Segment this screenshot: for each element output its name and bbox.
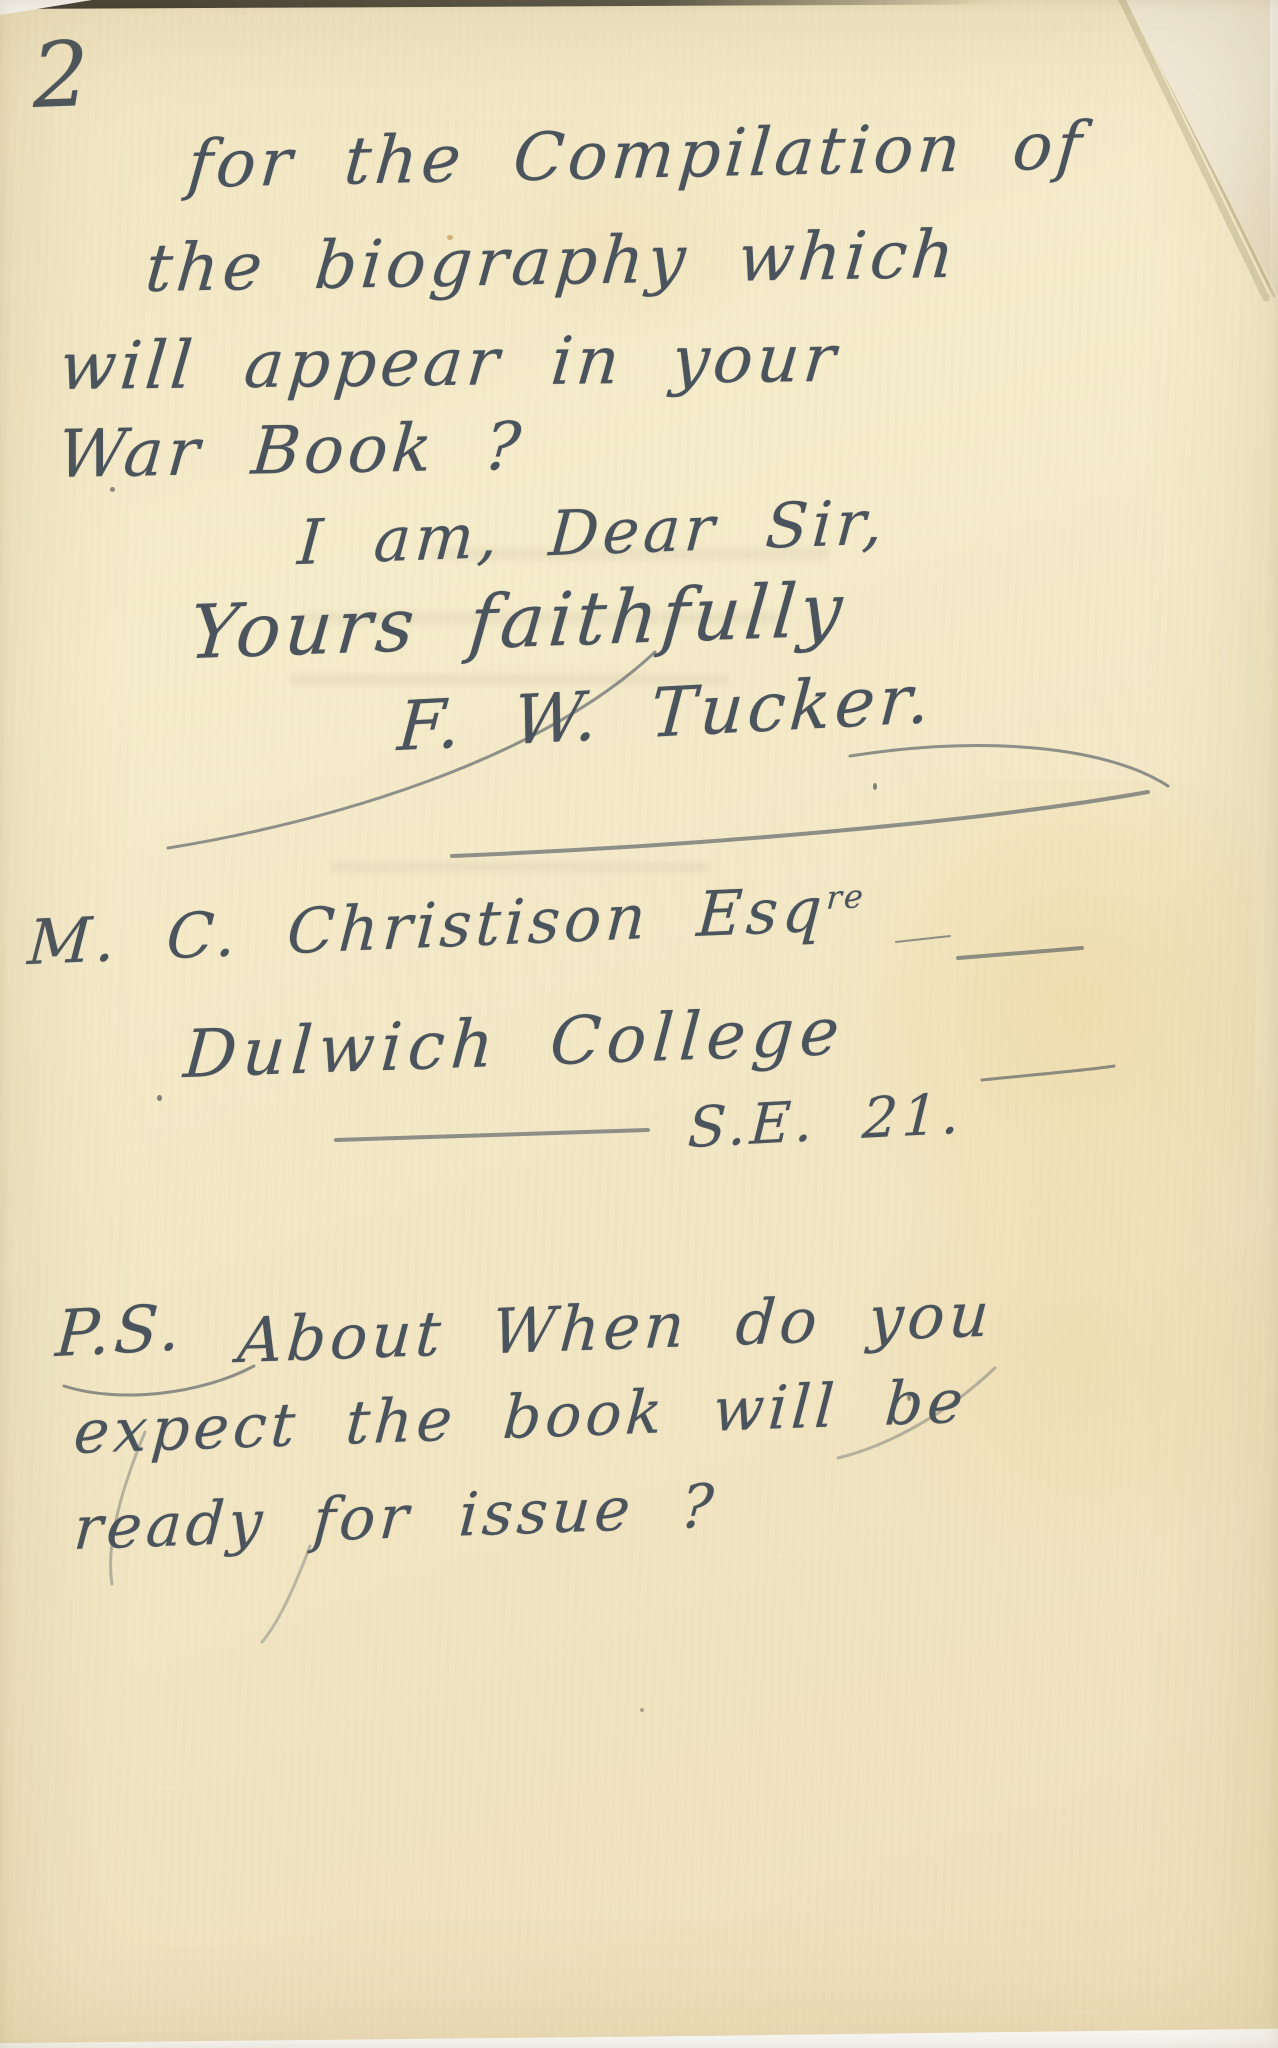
paper-sheet: 2 for the Compilation of the biography w… xyxy=(0,0,1278,2048)
postscript-line-1: About When do you xyxy=(235,1278,995,1378)
recipient-address-line-1: Dulwich College xyxy=(181,993,847,1093)
esq-superscript-underline xyxy=(896,936,950,942)
ps-underline-flourish xyxy=(64,1366,254,1395)
recipient-address-line-2: S.E. 21. xyxy=(686,1081,965,1161)
paper-stain xyxy=(815,780,1255,1280)
closing-valediction: Yours faithfully xyxy=(186,567,849,676)
paper-speck xyxy=(873,783,877,790)
closing-salutation: I am, Dear Sir, xyxy=(295,485,889,579)
address-dash-stroke xyxy=(336,1130,648,1140)
signature-underline-flourish xyxy=(452,792,1148,856)
paper-speck xyxy=(640,1708,644,1712)
for-descender-stroke xyxy=(262,1546,310,1642)
recipient-honorific-superscript: re xyxy=(825,877,866,917)
college-tail-stroke xyxy=(982,1066,1114,1080)
body-line-2: the biography which xyxy=(143,216,962,307)
esq-dash-stroke xyxy=(958,948,1082,958)
scan-edge-top xyxy=(0,0,1278,10)
signature-tail-flourish xyxy=(850,746,1168,786)
show-through-line xyxy=(330,862,710,872)
recipient-name: M. C. Christison Esq xyxy=(26,872,828,979)
scan-background-bottom xyxy=(0,2026,1278,2048)
postscript-label: P.S. xyxy=(53,1291,186,1372)
body-line-1: for the Compilation of xyxy=(185,107,1089,203)
body-line-3: will appear in your xyxy=(56,320,843,405)
postscript-line-3: ready for issue ? xyxy=(72,1471,720,1564)
body-line-4: War Book ? xyxy=(55,408,528,493)
scanned-letter-page: { "page_number": "2", "body": { "line1":… xyxy=(0,0,1278,2048)
postscript-line-2: expect the book will be xyxy=(72,1367,970,1468)
folded-corner xyxy=(1126,0,1278,322)
page-number: 2 xyxy=(30,22,91,129)
paper-speck xyxy=(157,1095,162,1101)
recipient-name-line: M. C. Christison Esqre xyxy=(26,871,867,979)
paper-right-edge-highlight xyxy=(1270,0,1278,340)
